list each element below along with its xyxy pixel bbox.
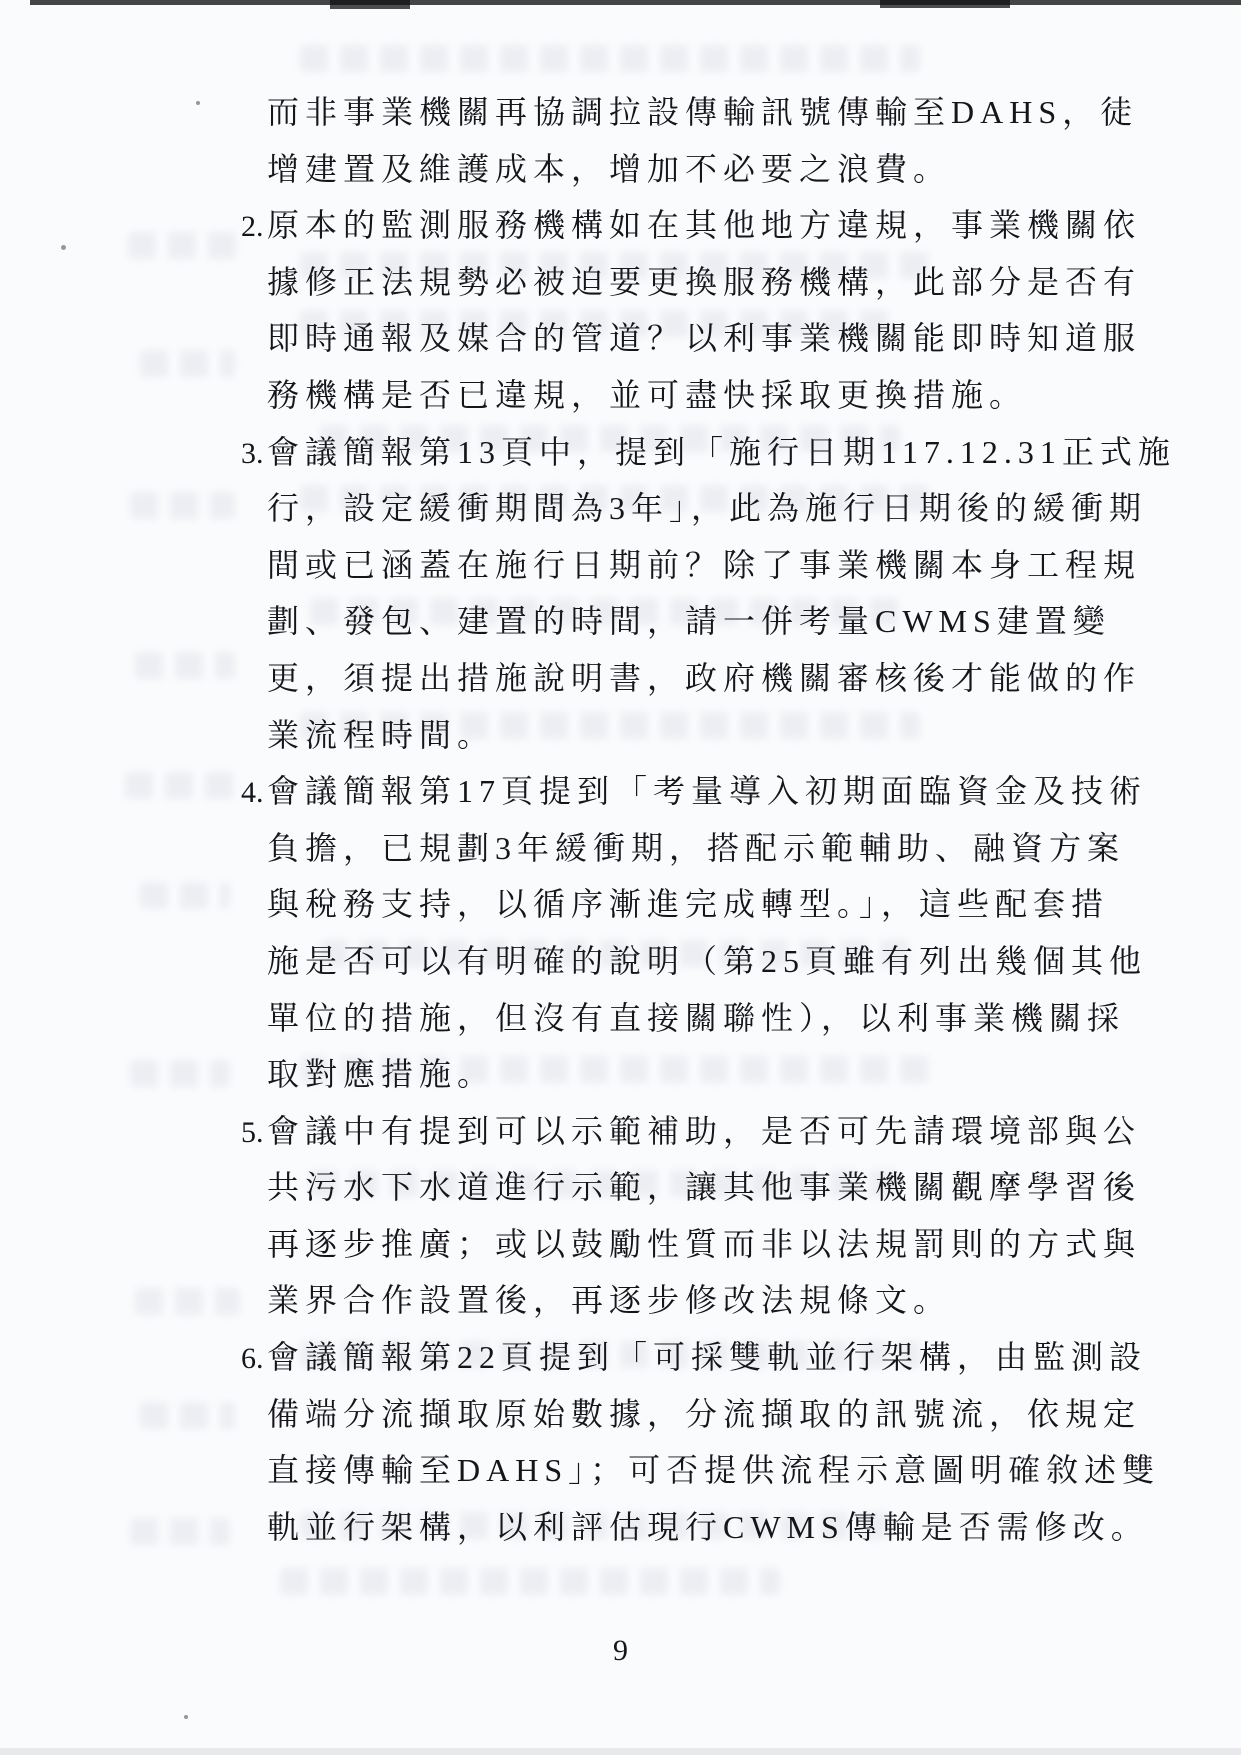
text-line: 劃、發包、建置的時間，請一併考量CWMS建置變 [241,593,1181,650]
line-text: 即時通報及媒合的管道？以利事業機關能即時知道服 [267,320,1141,356]
text-line: 業界合作設置後，再逐步修改法規條文。 [241,1272,1181,1329]
text-line: 軌並行架構，以利評估現行CWMS傳輸是否需修改。 [241,1499,1181,1556]
bleedthrough-smudge [130,1518,230,1545]
text-line: 增建置及維護成本，增加不必要之浪費。 [241,141,1181,198]
line-text: 負擔，已規劃3年緩衝期，搭配示範輔助、融資方案 [267,830,1125,866]
line-text: 會議簡報第13頁中，提到「施行日期117.12.31正式施 [267,434,1176,470]
text-line: 再逐步推廣；或以鼓勵性質而非以法規罰則的方式與 [241,1216,1181,1273]
line-text: 直接傳輸至DAHS」；可否提供流程示意圖明確敘述雙 [267,1452,1160,1488]
line-text: 會議簡報第17頁提到「考量導入初期面臨資金及技術 [267,773,1147,809]
text-line: 行，設定緩衝期間為3年」，此為施行日期後的緩衝期 [241,480,1181,537]
list-item-line: 4.會議簡報第17頁提到「考量導入初期面臨資金及技術 [241,763,1181,820]
list-item-number: 2. [241,199,267,256]
list-item-line: 2.原本的監測服務機構如在其他地方違規，事業機關依 [241,197,1181,254]
bleedthrough-smudge [300,45,920,72]
bleedthrough-smudge [140,882,230,909]
text-line: 負擔，已規劃3年緩衝期，搭配示範輔助、融資方案 [241,820,1181,877]
text-line: 備端分流擷取原始數據，分流擷取的訊號流，依規定 [241,1386,1181,1443]
page-number: 9 [0,1634,1241,1668]
line-text: 業界合作設置後，再逐步修改法規條文。 [267,1282,951,1318]
line-text: 增建置及維護成本，增加不必要之浪費。 [267,151,951,187]
list-item-number: 5. [241,1105,267,1162]
line-text: 會議簡報第22頁提到「可採雙軌並行架構，由監測設 [267,1339,1147,1375]
text-line: 據修正法規勢必被迫要更換服務機構，此部分是否有 [241,254,1181,311]
list-item-number: 6. [241,1331,267,1388]
bleedthrough-smudge [135,652,235,679]
document-text-block: 而非事業機關再協調拉設傳輸訊號傳輸至DAHS，徒增建置及維護成本，增加不必要之浪… [241,84,1181,1555]
line-text: 劃、發包、建置的時間，請一併考量CWMS建置變 [267,603,1111,639]
list-item-line: 6.會議簡報第22頁提到「可採雙軌並行架構，由監測設 [241,1329,1181,1386]
line-text: 行，設定緩衝期間為3年」，此為施行日期後的緩衝期 [267,490,1147,526]
text-line: 即時通報及媒合的管道？以利事業機關能即時知道服 [241,310,1181,367]
text-line: 共污水下水道進行示範，讓其他事業機關觀摩學習後 [241,1159,1181,1216]
text-line: 單位的措施，但沒有直接關聯性），以利事業機關採 [241,990,1181,1047]
line-text: 間或已涵蓋在施行日期前？除了事業機關本身工程規 [267,547,1141,583]
text-line: 與稅務支持，以循序漸進完成轉型。」，這些配套措 [241,876,1181,933]
line-text: 再逐步推廣；或以鼓勵性質而非以法規罰則的方式與 [267,1226,1141,1262]
text-line: 而非事業機關再協調拉設傳輸訊號傳輸至DAHS，徒 [241,84,1181,141]
line-text: 更，須提出措施說明書，政府機關審核後才能做的作 [267,660,1141,696]
line-text: 業流程時間。 [267,717,495,753]
bleedthrough-smudge [140,1402,235,1429]
list-item-line: 5.會議中有提到可以示範補助，是否可先請環境部與公 [241,1103,1181,1160]
text-line: 間或已涵蓋在施行日期前？除了事業機關本身工程規 [241,537,1181,594]
bleedthrough-smudge [140,350,235,377]
ink-speck [196,101,200,105]
line-text: 原本的監測服務機構如在其他地方違規，事業機關依 [267,207,1141,243]
line-text: 會議中有提到可以示範補助，是否可先請環境部與公 [267,1113,1141,1149]
line-text: 而非事業機關再協調拉設傳輸訊號傳輸至DAHS，徒 [267,94,1138,130]
scan-artifact-blob [880,0,1010,8]
line-text: 單位的措施，但沒有直接關聯性），以利事業機關採 [267,1000,1125,1036]
line-text: 備端分流擷取原始數據，分流擷取的訊號流，依規定 [267,1396,1141,1432]
bleedthrough-smudge [280,1568,780,1595]
text-line: 直接傳輸至DAHS」；可否提供流程示意圖明確敘述雙 [241,1442,1181,1499]
bleedthrough-smudge [128,232,238,259]
scan-artifact-blob [330,0,410,9]
text-line: 取對應措施。 [241,1046,1181,1103]
list-item-number: 4. [241,765,267,822]
list-item-line: 3.會議簡報第13頁中，提到「施行日期117.12.31正式施 [241,424,1181,481]
bleedthrough-smudge [130,1060,230,1087]
document-page: 而非事業機關再協調拉設傳輸訊號傳輸至DAHS，徒增建置及維護成本，增加不必要之浪… [0,0,1241,1755]
line-text: 軌並行架構，以利評估現行CWMS傳輸是否需修改。 [267,1509,1149,1545]
bleedthrough-smudge [135,1288,240,1315]
text-line: 務機構是否已違規，並可盡快採取更換措施。 [241,367,1181,424]
scan-artifact-top [30,0,1241,5]
bleedthrough-smudge [125,772,235,799]
line-text: 取對應措施。 [267,1056,495,1092]
line-text: 施是否可以有明確的說明（第25頁雖有列出幾個其他 [267,943,1147,979]
text-line: 更，須提出措施說明書，政府機關審核後才能做的作 [241,650,1181,707]
text-line: 業流程時間。 [241,707,1181,764]
line-text: 共污水下水道進行示範，讓其他事業機關觀摩學習後 [267,1169,1141,1205]
line-text: 據修正法規勢必被迫要更換服務機構，此部分是否有 [267,264,1141,300]
list-item-number: 3. [241,426,267,483]
ink-speck [61,245,66,250]
scan-artifact-bottom [0,1748,1241,1755]
bleedthrough-smudge [130,492,235,519]
line-text: 務機構是否已違規，並可盡快採取更換措施。 [267,377,1027,413]
text-line: 施是否可以有明確的說明（第25頁雖有列出幾個其他 [241,933,1181,990]
line-text: 與稅務支持，以循序漸進完成轉型。」，這些配套措 [267,886,1109,922]
ink-speck [184,1715,188,1719]
